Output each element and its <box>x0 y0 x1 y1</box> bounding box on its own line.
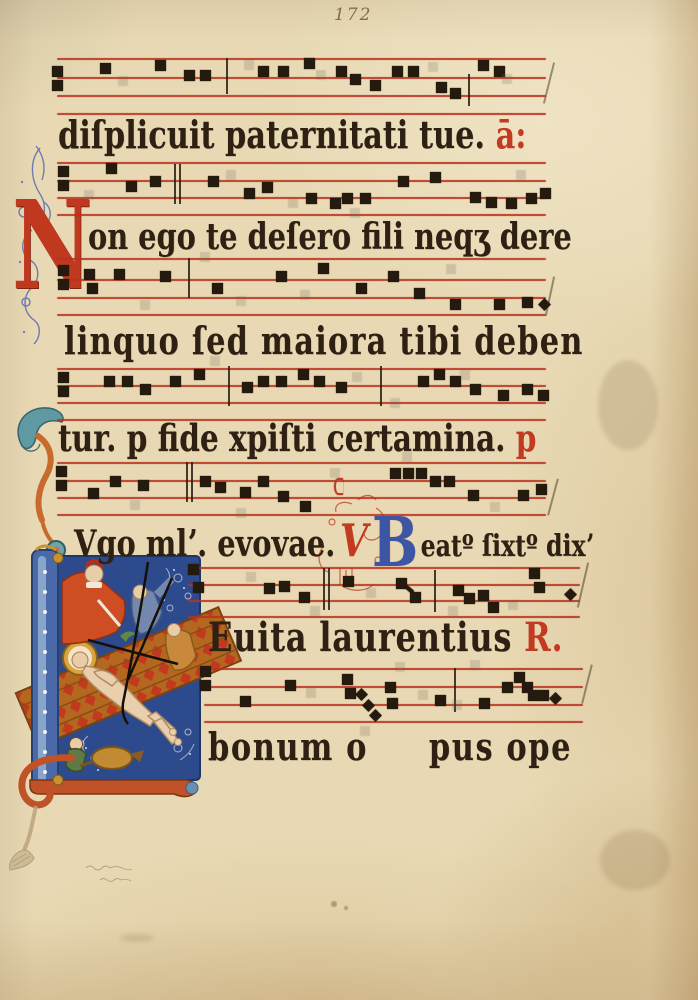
initial-N: N <box>12 184 92 306</box>
text-segment: R. <box>512 614 563 661</box>
showthrough-mark <box>130 500 140 510</box>
showthrough-mark <box>446 264 456 274</box>
text-segment: eatº ſixtº dixʼ <box>421 528 594 563</box>
neume-square <box>138 480 149 491</box>
neume-square <box>258 66 269 77</box>
chant-text-line: Euita laurentius R. <box>208 614 563 661</box>
staff-line <box>188 584 580 586</box>
neume-square <box>140 384 151 395</box>
neume-square <box>244 188 255 199</box>
neume-square <box>318 263 329 274</box>
neume-square <box>450 299 461 310</box>
showthrough-mark <box>236 296 246 306</box>
division-bar <box>228 366 230 406</box>
neume-square <box>88 488 99 499</box>
showthrough-mark <box>288 198 298 208</box>
stain-smudge <box>120 934 154 942</box>
pencil-inscription <box>82 860 152 890</box>
hairline-stroke <box>547 478 558 515</box>
division-bar <box>468 74 470 106</box>
text-segment: on ego te deſero fili neqʒ dere <box>88 216 572 258</box>
text-segment: diſplicuit paternitati tue. <box>58 112 485 157</box>
neume-diamond <box>564 588 577 601</box>
neume-square <box>52 80 63 91</box>
showthrough-mark <box>366 588 376 598</box>
neume-square <box>215 482 226 493</box>
neume-square <box>468 490 479 501</box>
showthrough-mark <box>84 190 94 200</box>
staff-line <box>57 402 546 404</box>
text-segment: V <box>340 514 368 567</box>
neume-square <box>538 390 549 401</box>
neume-square <box>285 680 296 691</box>
neume-square <box>298 369 309 380</box>
showthrough-mark <box>508 600 518 610</box>
staff-line <box>57 95 546 97</box>
division-bar <box>179 164 181 204</box>
neume-square <box>279 581 290 592</box>
text-segment: Vgo mlʼ. evovae. <box>74 523 335 565</box>
neume-square <box>444 476 455 487</box>
neume-square <box>350 74 361 85</box>
neume-square <box>200 666 211 677</box>
neume-square <box>388 271 399 282</box>
division-bar <box>191 462 193 502</box>
chant-text-line: Vgo mlʼ. evovae.VBeatº ſixtº dixʼ <box>74 514 594 567</box>
staff-line <box>57 279 546 281</box>
neume-square <box>430 476 441 487</box>
neume-square <box>538 690 549 701</box>
staff-line <box>57 58 546 60</box>
neume-square <box>398 176 409 187</box>
showthrough-mark <box>246 572 256 582</box>
neume-diamond <box>355 688 368 701</box>
neume-square <box>470 192 481 203</box>
stain-smudge <box>600 830 670 890</box>
neume-square <box>360 193 371 204</box>
hairline-stroke <box>581 664 592 703</box>
neume-square <box>534 582 545 593</box>
neume-square <box>58 372 69 383</box>
neume-square <box>450 88 461 99</box>
neume-square <box>240 487 251 498</box>
showthrough-mark <box>244 60 254 70</box>
neume-square <box>194 369 205 380</box>
neume-square <box>299 592 310 603</box>
neume-square <box>126 181 137 192</box>
neume-square <box>306 193 317 204</box>
showthrough-mark <box>390 398 400 408</box>
neume-square <box>410 592 421 603</box>
neume-square <box>52 66 63 77</box>
neume-square <box>58 265 69 276</box>
neume-square <box>356 283 367 294</box>
neume-square <box>200 476 211 487</box>
neume-square <box>170 376 181 387</box>
neume-square <box>58 386 69 397</box>
neume-diamond <box>369 709 382 722</box>
neume-square <box>390 468 401 479</box>
division-bar <box>174 164 176 204</box>
neume-square <box>506 198 517 209</box>
neume-square <box>150 176 161 187</box>
folio-number: 172 <box>334 5 372 25</box>
showthrough-mark <box>395 662 405 672</box>
neume-square <box>106 163 117 174</box>
showthrough-mark <box>316 70 326 80</box>
neume-square <box>392 66 403 77</box>
stain-spot <box>344 906 348 910</box>
neume-square <box>304 58 315 69</box>
neume-square <box>200 70 211 81</box>
neume-diamond <box>549 692 562 705</box>
chant-text-line: bonum o pus ope <box>208 724 572 769</box>
division-bar <box>226 58 228 94</box>
neume-square <box>387 698 398 709</box>
neume-square <box>160 271 171 282</box>
neume-square <box>193 582 204 593</box>
staff-line <box>188 600 580 602</box>
neume-square <box>522 297 533 308</box>
text-segment: bonum o pus ope <box>208 724 572 769</box>
neume-square <box>58 279 69 290</box>
staff-line <box>57 462 546 464</box>
text-segment: linquo ſed maiora tibi deben <box>64 318 584 363</box>
neume-square <box>486 197 497 208</box>
text-segment: B <box>372 503 418 583</box>
neume-square <box>522 384 533 395</box>
hairline-stroke <box>543 62 555 103</box>
neume-square <box>408 66 419 77</box>
showthrough-mark <box>140 300 150 310</box>
stain-smudge <box>598 360 658 450</box>
neume-square <box>479 698 490 709</box>
showthrough-mark <box>418 690 428 700</box>
chant-text-line: on ego te deſero fili neqʒ dere <box>88 216 572 258</box>
neume-square <box>518 490 529 501</box>
staff-line <box>57 314 546 316</box>
neume-square <box>242 382 253 393</box>
staff-line <box>204 668 583 670</box>
neume-square <box>84 269 95 280</box>
showthrough-mark <box>470 660 480 670</box>
staff-line <box>57 77 546 79</box>
division-bar <box>188 258 190 298</box>
neume-square <box>434 369 445 380</box>
division-bar <box>328 568 330 610</box>
neume-square <box>114 269 125 280</box>
showthrough-mark <box>502 74 512 84</box>
staff-line <box>204 721 583 723</box>
staff-line <box>57 258 546 260</box>
showthrough-mark <box>428 62 438 72</box>
neume-square <box>87 283 98 294</box>
neume-square <box>403 468 414 479</box>
neume-square <box>262 182 273 193</box>
showthrough-mark <box>452 700 462 710</box>
chant-text-line: linquo ſed maiora tibi deben <box>64 318 584 363</box>
neume-square <box>276 376 287 387</box>
division-bar <box>323 568 325 610</box>
showthrough-mark <box>300 290 310 300</box>
neume-square <box>155 60 166 71</box>
neume-square <box>330 198 341 209</box>
neume-square <box>385 682 396 693</box>
showthrough-mark <box>352 372 362 382</box>
text-segment: p <box>505 416 536 460</box>
neume-square <box>258 376 269 387</box>
neume-square <box>453 585 464 596</box>
neume-square <box>498 390 509 401</box>
showthrough-mark <box>306 688 316 698</box>
staff-line <box>57 480 546 482</box>
neume-square <box>536 484 547 495</box>
neume-square <box>208 176 219 187</box>
neume-square <box>122 376 133 387</box>
hairline-stroke <box>545 276 555 315</box>
showthrough-mark <box>490 502 500 512</box>
red-custos-mark <box>334 478 343 495</box>
neume-square <box>370 80 381 91</box>
neume-square <box>300 501 311 512</box>
division-bar <box>186 462 188 502</box>
neume-square <box>478 590 489 601</box>
neume-square <box>58 180 69 191</box>
neume-square <box>240 696 251 707</box>
neume-square <box>478 60 489 71</box>
neume-square <box>56 480 67 491</box>
neume-square <box>200 680 211 691</box>
neume-square <box>110 476 121 487</box>
neume-square <box>314 376 325 387</box>
neume-square <box>278 491 289 502</box>
marginal-flourish-bottom <box>6 754 116 872</box>
stain-spot <box>331 901 337 907</box>
neume-square <box>278 66 289 77</box>
neume-square <box>343 576 354 587</box>
neume-square <box>436 82 447 93</box>
neume-square <box>56 466 67 477</box>
neume-square <box>540 188 551 199</box>
showthrough-mark <box>118 76 128 86</box>
neume-square <box>414 288 425 299</box>
neume-square <box>336 66 347 77</box>
neume-square <box>212 283 223 294</box>
neume-square <box>494 299 505 310</box>
neume-square <box>529 568 540 579</box>
staff-line <box>57 162 546 164</box>
neume-square <box>470 384 481 395</box>
division-bar <box>434 570 436 612</box>
neume-square <box>58 166 69 177</box>
neume-square <box>104 376 115 387</box>
chant-text-line: tur. p fide xpiſti certamina. p <box>58 416 536 460</box>
showthrough-mark <box>516 170 526 180</box>
chant-text-line: diſplicuit paternitati tue. ā: <box>58 112 527 157</box>
neume-square <box>502 682 513 693</box>
neume-square <box>184 70 195 81</box>
neume-square <box>264 583 275 594</box>
text-segment: tur. p fide xpiſti certamina. <box>58 416 505 460</box>
neume-square <box>464 593 475 604</box>
neume-square <box>418 376 429 387</box>
text-segment: Euita laurentius <box>208 614 512 661</box>
neume-square <box>342 674 353 685</box>
neume-square <box>336 382 347 393</box>
neume-square <box>526 193 537 204</box>
showthrough-mark <box>226 170 236 180</box>
neume-square <box>430 172 441 183</box>
neume-square <box>488 602 499 613</box>
neume-square <box>100 63 111 74</box>
neume-square <box>258 476 269 487</box>
neume-square <box>435 695 446 706</box>
neume-square <box>416 468 427 479</box>
manuscript-page: 172 N <box>0 0 698 1000</box>
neume-square <box>276 271 287 282</box>
showthrough-mark <box>460 370 470 380</box>
showthrough-mark <box>330 468 340 478</box>
division-bar <box>380 366 382 406</box>
neume-square <box>342 193 353 204</box>
text-segment: ā: <box>485 112 527 157</box>
